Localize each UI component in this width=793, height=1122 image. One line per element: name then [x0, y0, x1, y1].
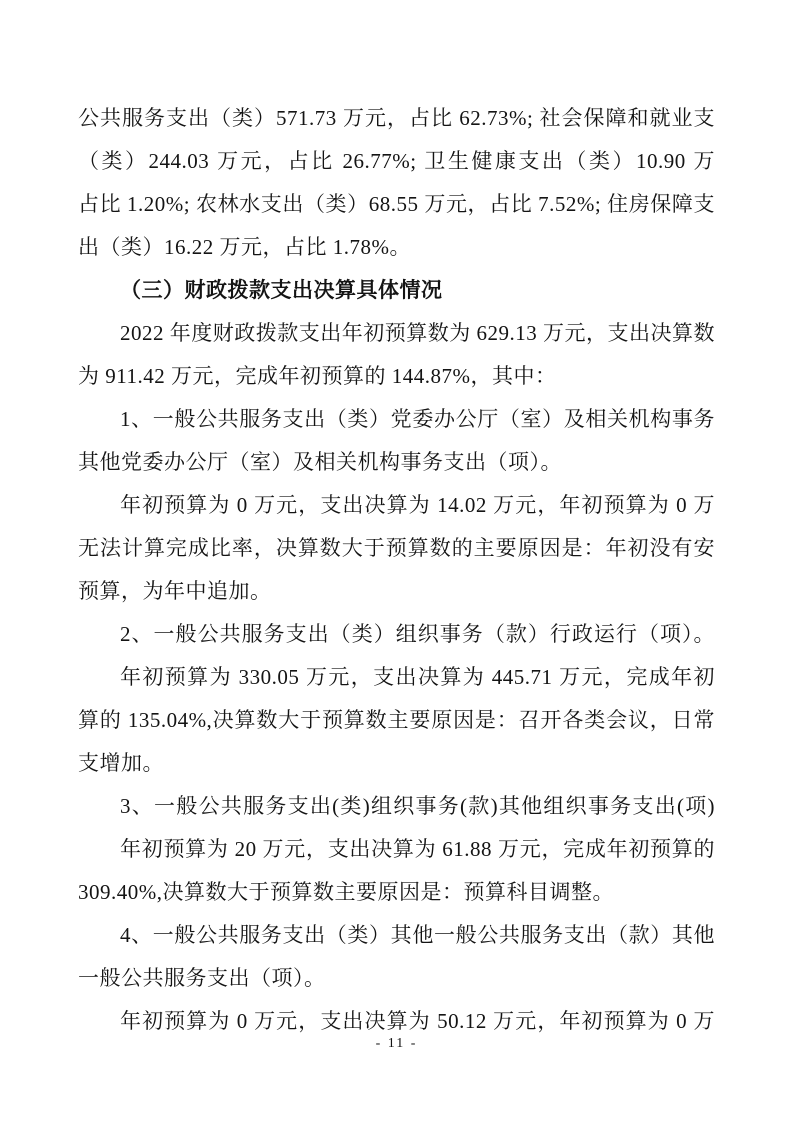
- text-line: 占比 1.20%; 农林水支出（类）68.55 万元，占比 7.52%; 住房保…: [78, 183, 715, 226]
- text-line: （类）244.03 万元，占比 26.77%; 卫生健康支出（类）10.90 万…: [78, 140, 715, 183]
- text-line: 1、一般公共服务支出（类）党委办公厅（室）及相关机构事务（款）: [78, 398, 715, 441]
- text-line: 支增加。: [78, 742, 715, 785]
- text-line: 年初预算为 330.05 万元，支出决算为 445.71 万元，完成年初预: [78, 656, 715, 699]
- text-line: 算的 135.04%,决算数大于预算数主要原因是：召开各类会议，日常开: [78, 699, 715, 742]
- section-heading: （三）财政拨款支出决算具体情况: [78, 269, 715, 312]
- document-page: 公共服务支出（类）571.73 万元，占比 62.73%; 社会保障和就业支出（…: [0, 0, 793, 1122]
- text-line: 年初预算为 0 万元，支出决算为 14.02 万元，年初预算为 0 万元，: [78, 484, 715, 527]
- text-line: 年初预算为 20 万元，支出决算为 61.88 万元，完成年初预算的: [78, 828, 715, 871]
- text-line: 其他党委办公厅（室）及相关机构事务支出（项）。: [78, 441, 715, 484]
- text-line: 出（类）16.22 万元，占比 1.78%。: [78, 226, 715, 269]
- text-line: 预算，为年中追加。: [78, 570, 715, 613]
- text-line: 公共服务支出（类）571.73 万元，占比 62.73%; 社会保障和就业支出: [78, 97, 715, 140]
- text-line: 为 911.42 万元，完成年初预算的 144.87%，其中：: [78, 355, 715, 398]
- text-line: 一般公共服务支出（项）。: [78, 957, 715, 1000]
- text-line: 2022 年度财政拨款支出年初预算数为 629.13 万元，支出决算数: [78, 312, 715, 355]
- text-line: 无法计算完成比率，决算数大于预算数的主要原因是：年初没有安排: [78, 527, 715, 570]
- text-line: 4、一般公共服务支出（类）其他一般公共服务支出（款）其他: [78, 914, 715, 957]
- text-line: 2、一般公共服务支出（类）组织事务（款）行政运行（项）。: [78, 613, 715, 656]
- page-number: - 11 -: [0, 1036, 793, 1052]
- document-content: 公共服务支出（类）571.73 万元，占比 62.73%; 社会保障和就业支出（…: [78, 97, 715, 1043]
- text-line: 3、一般公共服务支出(类)组织事务(款)其他组织事务支出(项) 。: [78, 785, 715, 828]
- text-line: 309.40%,决算数大于预算数主要原因是：预算科目调整。: [78, 871, 715, 914]
